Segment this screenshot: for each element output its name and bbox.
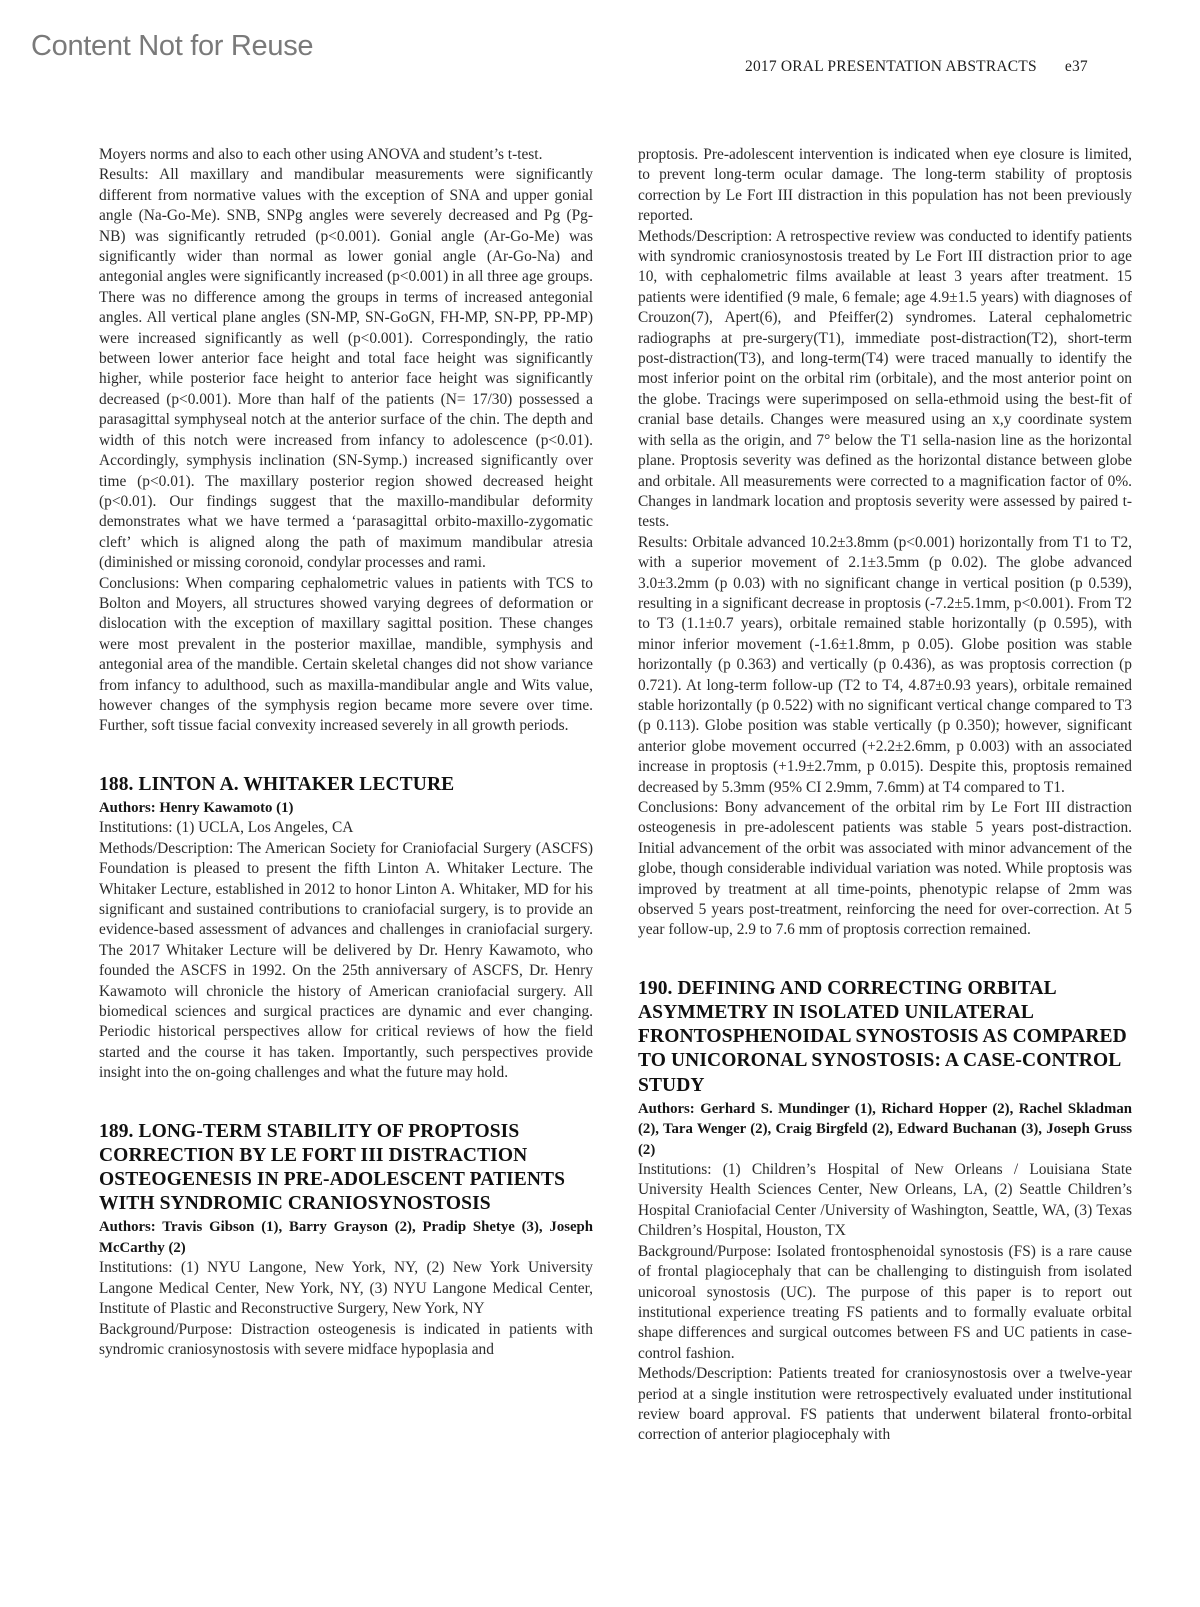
methods-continuation: Moyers norms and also to each other usin…: [99, 145, 593, 165]
abstract-189-continued: proptosis. Pre-adolescent intervention i…: [638, 145, 1132, 941]
abstract-188: 188. LINTON A. WHITAKER LECTURE Authors:…: [99, 773, 593, 1084]
conclusions-paragraph: Conclusions: When comparing cephalometri…: [99, 574, 593, 737]
running-title: 2017 ORAL PRESENTATION ABSTRACTS: [745, 58, 1037, 75]
background-continuation: proptosis. Pre-adolescent intervention i…: [638, 145, 1132, 227]
background-paragraph: Background/Purpose: Isolated frontosphen…: [638, 1242, 1132, 1364]
abstract-190: 190. DEFINING AND CORRECTING ORBITAL ASY…: [638, 977, 1132, 1446]
authors-line: Authors: Gerhard S. Mundinger (1), Richa…: [638, 1099, 1132, 1160]
results-paragraph: Results: Orbitale advanced 10.2±3.8mm (p…: [638, 533, 1132, 798]
section-gap: [99, 737, 593, 773]
abstract-title: 190. DEFINING AND CORRECTING ORBITAL ASY…: [638, 977, 1132, 1098]
results-paragraph: Results: All maxillary and mandibular me…: [99, 165, 593, 573]
watermark: Content Not for Reuse: [31, 30, 313, 63]
section-gap: [99, 1084, 593, 1120]
conclusions-paragraph: Conclusions: Bony advancement of the orb…: [638, 798, 1132, 941]
background-paragraph: Background/Purpose: Distraction osteogen…: [99, 1320, 593, 1361]
authors-line: Authors: Henry Kawamoto (1): [99, 798, 593, 818]
abstract-title: 188. LINTON A. WHITAKER LECTURE: [99, 773, 593, 797]
left-column: Moyers norms and also to each other usin…: [99, 145, 593, 1360]
section-gap: [638, 941, 1132, 977]
methods-paragraph: Methods/Description: The American Societ…: [99, 839, 593, 1084]
methods-paragraph: Methods/Description: Patients treated fo…: [638, 1364, 1132, 1446]
authors-line: Authors: Travis Gibson (1), Barry Grayso…: [99, 1217, 593, 1258]
institutions-line: Institutions: (1) UCLA, Los Angeles, CA: [99, 818, 593, 838]
right-column: proptosis. Pre-adolescent intervention i…: [638, 145, 1132, 1446]
institutions-line: Institutions: (1) NYU Langone, New York,…: [99, 1258, 593, 1319]
abstract-title: 189. LONG-TERM STABILITY OF PROPTOSIS CO…: [99, 1120, 593, 1217]
page-number: e37: [1065, 58, 1088, 75]
methods-paragraph: Methods/Description: A retrospective rev…: [638, 227, 1132, 533]
running-header: 2017 ORAL PRESENTATION ABSTRACTS e37: [745, 58, 1088, 76]
institutions-line: Institutions: (1) Children’s Hospital of…: [638, 1160, 1132, 1242]
abstract-189: 189. LONG-TERM STABILITY OF PROPTOSIS CO…: [99, 1120, 593, 1361]
